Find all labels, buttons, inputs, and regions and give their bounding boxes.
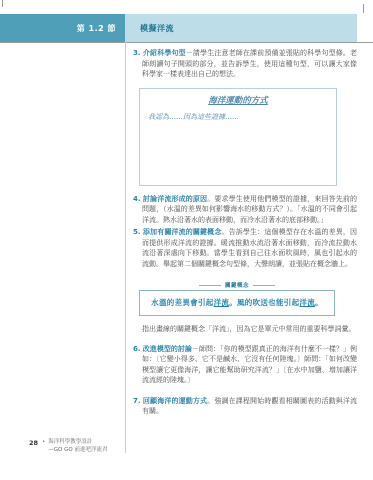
key-concept-label: 關鍵概念 xyxy=(221,281,253,289)
margin-rule xyxy=(125,42,126,453)
step-label: 回顧海洋的運動方式 xyxy=(143,397,207,405)
footer-bullet: • xyxy=(42,439,45,445)
teaching-step-3: 3. 介紹科學句型－請學生注意老師在課前預備並張貼的科學句型條。老師朗讀句子開頭… xyxy=(133,48,357,80)
teaching-step-6: 6. 改進模型的討論－師問：「你的模型跟真正的海洋有什麼不一樣？」例如：〔它變小… xyxy=(133,344,357,386)
sentence-frame-title: 海洋運動的方式 xyxy=(140,94,336,106)
teaching-step-7: 7. 回顧海洋的運動方式。強調在課程開始時觀看相關圖表的活動與洋流有關。 xyxy=(133,396,357,417)
key-concept-section: 關鍵概念 水溫的差異會引起洋流。風的吹送也能引起洋流。 xyxy=(139,281,335,316)
footer-line1: 海洋科學教學設計 xyxy=(48,439,92,445)
section-number-block: 第 1.2 節 xyxy=(0,14,125,42)
page-number: 28 xyxy=(29,439,38,447)
step-number: 7. xyxy=(133,397,141,405)
section-title-block: 模擬洋流 xyxy=(125,14,357,42)
vocab-note: 指出畫線的關鍵概念「洋流」，因為它是單元中常用的重要科學詞彙。 xyxy=(133,324,357,335)
label-rule-left xyxy=(199,285,221,286)
key-concept-box: 水溫的差異會引起洋流。風的吹送也能引起洋流。 xyxy=(139,290,335,316)
sentence-frame-line: 我認為……因為這些證據…… xyxy=(148,112,336,122)
crop-mark-top-left xyxy=(2,0,3,7)
step-label: 介紹科學句型 xyxy=(143,49,186,57)
document-page: 第 1.2 節 模擬洋流 3. 介紹科學句型－請學生注意老師在課前預備並張貼的科… xyxy=(0,0,373,480)
step-number: 4. xyxy=(133,195,141,203)
content-column: 3. 介紹科學句型－請學生注意老師在課前預備並張貼的科學句型條。老師朗讀句子開頭… xyxy=(133,42,357,417)
section-number: 第 1.2 節 xyxy=(77,23,125,34)
step-label: 添加有關洋流的關鍵概念 xyxy=(143,228,222,236)
step-label: 討論洋流形成的原因 xyxy=(143,195,207,203)
page-footer: 28 • 海洋科學教學設計 —GO GO 前進吧洋流君 xyxy=(29,439,107,454)
sentence-frame-box: 海洋運動的方式 我認為……因為這些證據…… xyxy=(139,88,337,186)
footer-text: 海洋科學教學設計 —GO GO 前進吧洋流君 xyxy=(48,439,107,454)
page-header: 第 1.2 節 模擬洋流 xyxy=(0,14,373,42)
step-label: 改進模型的討論 xyxy=(143,345,192,353)
crop-mark-top-right xyxy=(363,4,364,13)
teaching-step-4: 4. 討論洋流形成的原因。要求學生使用他們模型的證據，來回答先前的問題，（水溫的… xyxy=(133,194,357,226)
footer-line2: —GO GO 前進吧洋流君 xyxy=(48,447,107,453)
step-number: 3. xyxy=(133,49,141,57)
key-concept-label-row: 關鍵概念 xyxy=(139,281,335,289)
step-number: 5. xyxy=(133,228,141,236)
label-rule-right xyxy=(253,285,275,286)
teaching-step-5: 5. 添加有關洋流的關鍵概念。告訴學生：這個模型存在水溫的差異，因而提供形成洋流… xyxy=(133,227,357,269)
section-title: 模擬洋流 xyxy=(125,23,174,34)
step-number: 6. xyxy=(133,345,141,353)
